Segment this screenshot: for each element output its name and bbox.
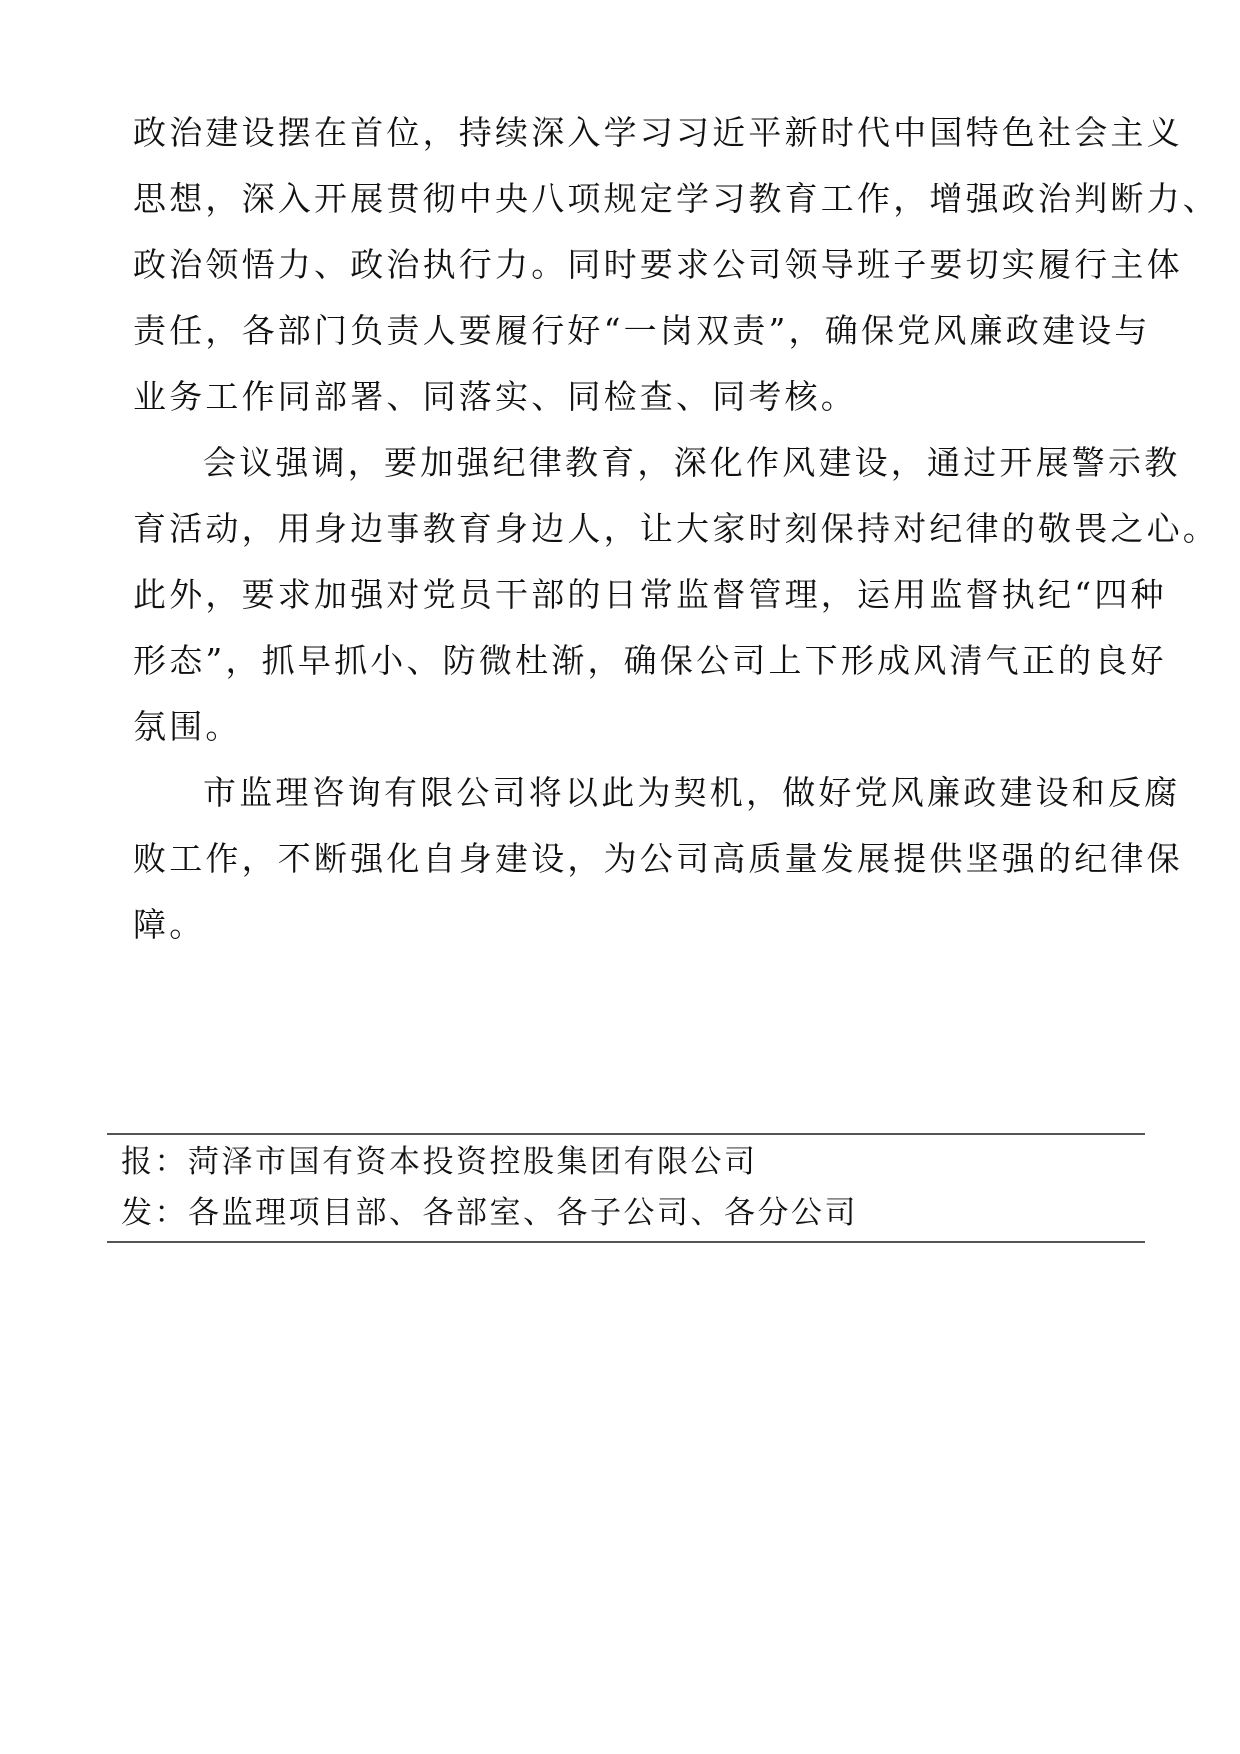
text-line: 责任，各部门负责人要履行好“一岗双责”，确保党风廉政建设与 — [133, 298, 1093, 364]
distribution-block: 报：菏泽市国有资本投资控股集团有限公司 发：各监理项目部、各部室、各子公司、各分… — [107, 1133, 1145, 1243]
text-line: 政治领悟力、政治执行力。同时要求公司领导班子要切实履行主体 — [133, 232, 1093, 298]
text-line: 败工作，不断强化自身建设，为公司高质量发展提供坚强的纪律保 — [133, 826, 1093, 892]
text-line: 市监理咨询有限公司将以此为契机，做好党风廉政建设和反腐 — [133, 760, 1093, 826]
report-to-label: 报： — [121, 1144, 188, 1180]
text-line: 氛围。 — [133, 694, 1093, 760]
send-to-label: 发： — [121, 1195, 188, 1231]
text-line: 育活动，用身边事教育身边人，让大家时刻保持对纪律的敬畏之心。 — [133, 496, 1093, 562]
text-line: 业务工作同部署、同落实、同检查、同考核。 — [133, 364, 1093, 430]
bottom-divider — [107, 1241, 1145, 1243]
paragraph-discipline-education: 会议强调，要加强纪律教育，深化作风建设，通过开展警示教 育活动，用身边事教育身边… — [133, 430, 1093, 760]
text-line: 会议强调，要加强纪律教育，深化作风建设，通过开展警示教 — [133, 430, 1093, 496]
document-page: 政治建设摆在首位，持续深入学习习近平新时代中国特色社会主义 思想，深入开展贯彻中… — [0, 0, 1240, 1754]
text-line: 障。 — [133, 892, 1093, 958]
report-to-row: 报：菏泽市国有资本投资控股集团有限公司 — [107, 1137, 1145, 1188]
report-to-value: 菏泽市国有资本投资控股集团有限公司 — [188, 1144, 758, 1180]
text-line: 思想，深入开展贯彻中央八项规定学习教育工作，增强政治判断力、 — [133, 166, 1093, 232]
paragraph-conclusion: 市监理咨询有限公司将以此为契机，做好党风廉政建设和反腐 败工作，不断强化自身建设… — [133, 760, 1093, 958]
paragraph-political-building: 政治建设摆在首位，持续深入学习习近平新时代中国特色社会主义 思想，深入开展贯彻中… — [133, 100, 1093, 430]
document-body: 政治建设摆在首位，持续深入学习习近平新时代中国特色社会主义 思想，深入开展贯彻中… — [133, 100, 1093, 958]
send-to-value: 各监理项目部、各部室、各子公司、各分公司 — [188, 1195, 858, 1231]
send-to-row: 发：各监理项目部、各部室、各子公司、各分公司 — [107, 1188, 1145, 1239]
text-line: 形态”，抓早抓小、防微杜渐，确保公司上下形成风清气正的良好 — [133, 628, 1093, 694]
text-line: 此外，要求加强对党员干部的日常监督管理，运用监督执纪“四种 — [133, 562, 1093, 628]
text-line: 政治建设摆在首位，持续深入学习习近平新时代中国特色社会主义 — [133, 100, 1093, 166]
